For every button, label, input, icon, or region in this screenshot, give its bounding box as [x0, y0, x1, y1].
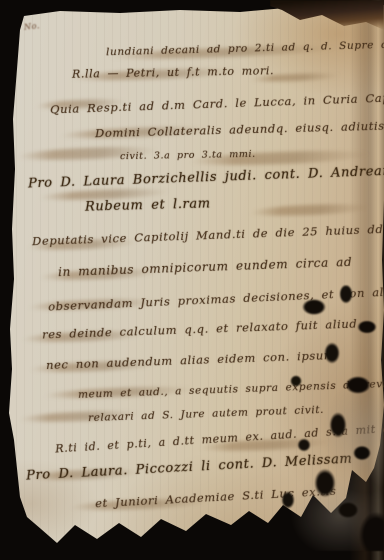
photo-background: No. lundiani decani ad pro 2.ti ad q. d.… [0, 0, 384, 560]
charred-area-bottom-right [270, 285, 384, 551]
corner-archival-mark: No. [24, 21, 41, 32]
